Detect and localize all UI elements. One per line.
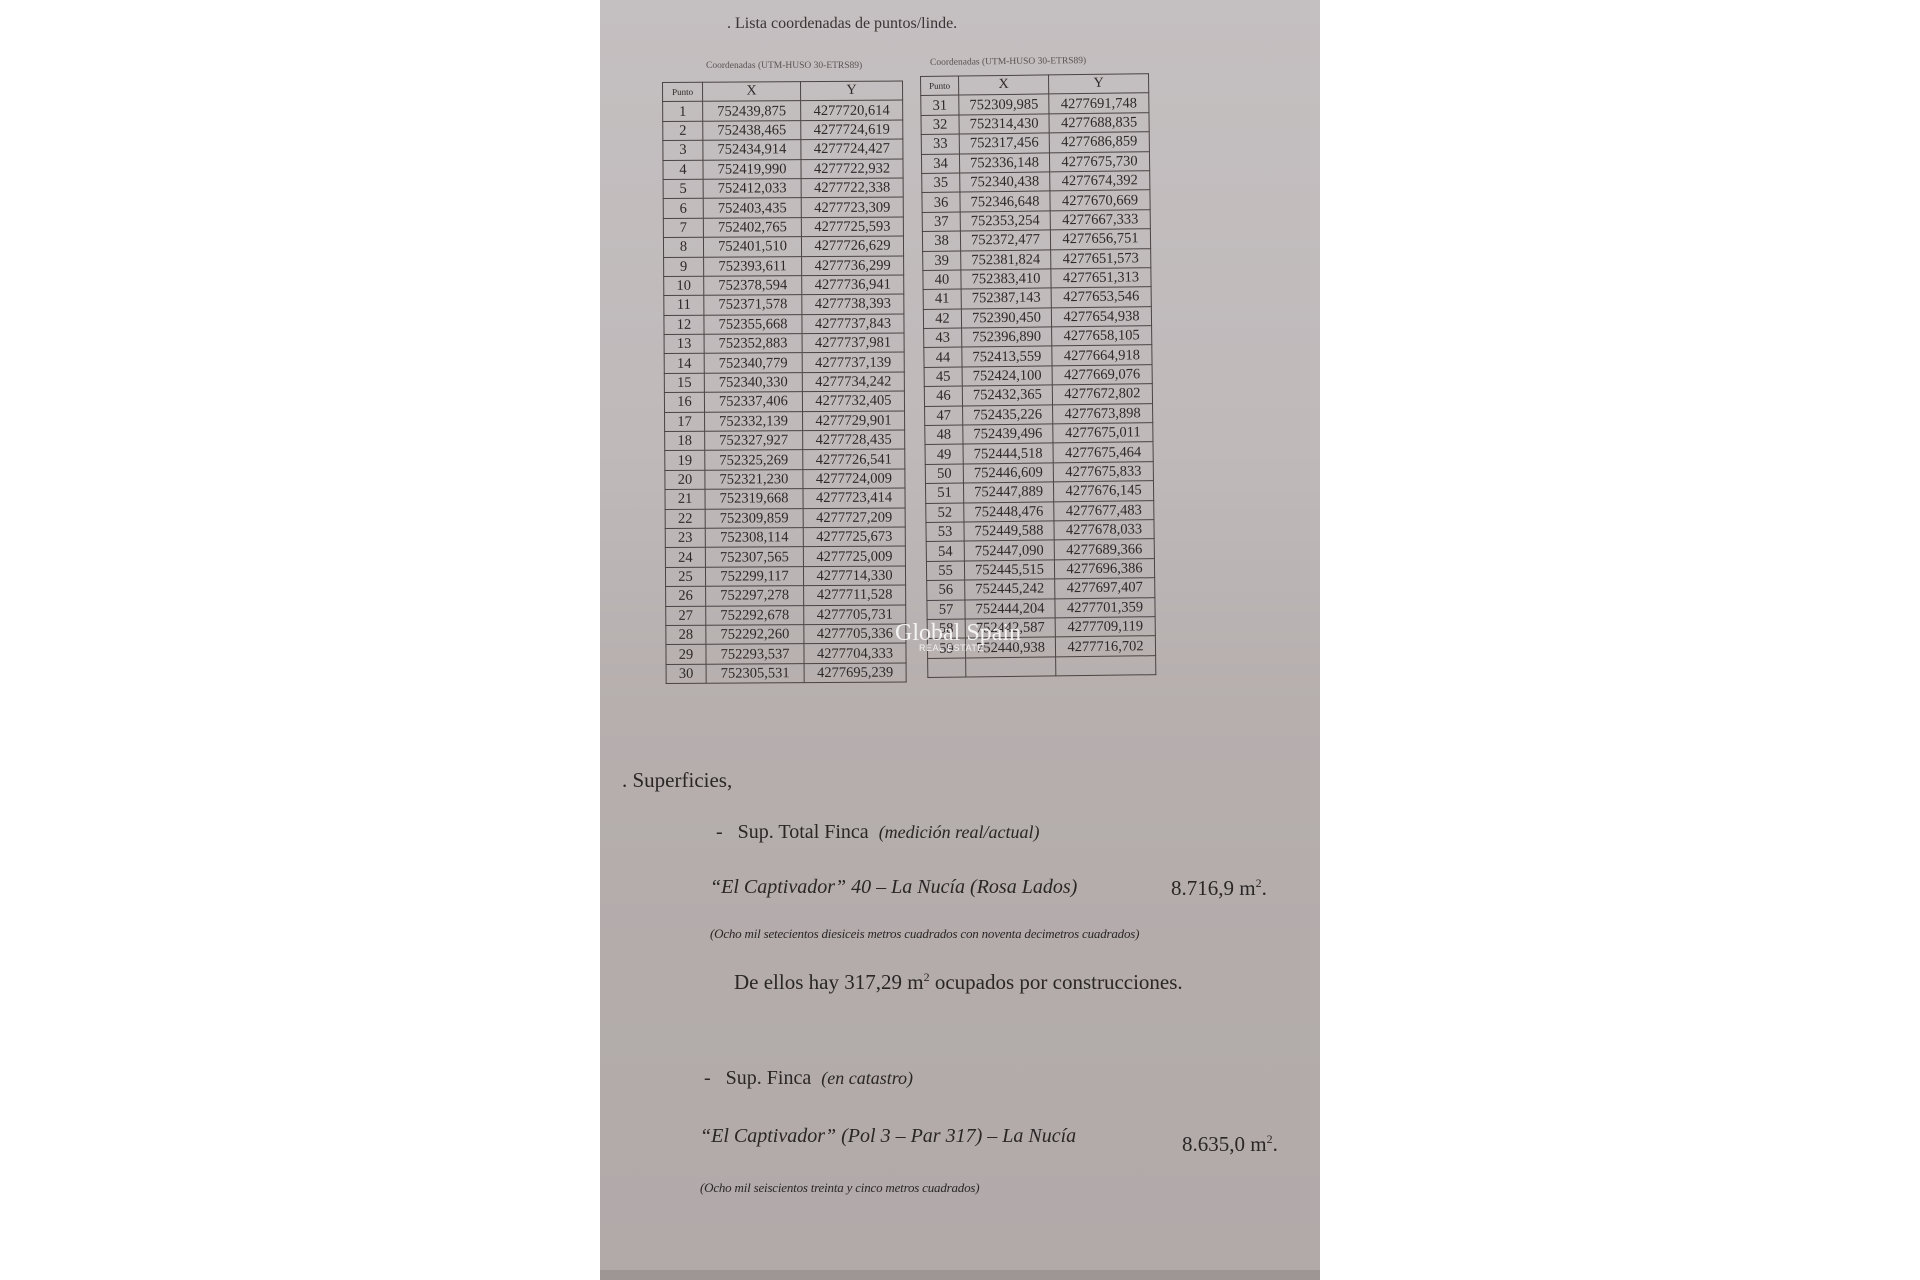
y-coordinate: 4277670,669	[1050, 190, 1150, 211]
point-number: 11	[664, 296, 704, 316]
x-coordinate: 752396,890	[962, 327, 1052, 347]
point-number: 38	[922, 231, 960, 251]
point-number: 33	[921, 134, 959, 154]
table-row: 24752307,5654277725,009	[665, 546, 905, 567]
y-coordinate: 4277653,546	[1051, 287, 1151, 308]
table-row: 35752340,4384277674,392	[922, 171, 1150, 193]
table-row: 50752446,6094277675,833	[925, 461, 1153, 483]
table-row: 10752378,5944277736,941	[664, 275, 904, 296]
table-row: 16752337,4064277732,405	[664, 391, 904, 412]
total-surface-label: Sup. Total Finca	[738, 821, 869, 843]
point-number: 17	[665, 412, 705, 432]
total-surface-heading: - Sup. Total Finca (medición real/actual…	[716, 821, 1039, 844]
table-row: 51752447,8894277676,145	[925, 481, 1153, 503]
point-number: 49	[925, 444, 963, 464]
point-number: 24	[665, 548, 705, 568]
table-header-row: PuntoXY	[663, 81, 903, 102]
x-coordinate: 752434,914	[703, 140, 801, 160]
table-row: 29752293,5374277704,333	[666, 643, 906, 664]
table-row: 48752439,4964277675,011	[925, 423, 1153, 445]
y-coordinate: 4277722,932	[801, 159, 903, 179]
table-row: 49752444,5184277675,464	[925, 442, 1153, 464]
x-coordinate: 752390,450	[961, 308, 1051, 328]
point-number: 15	[664, 373, 704, 393]
table-row: 17752332,1394277729,901	[665, 411, 905, 432]
x-coordinate: 752381,824	[961, 249, 1051, 269]
coordinates-list-title: . Lista coordenadas de puntos/linde.	[727, 15, 957, 33]
cadastre-surface-qualifier: (en catastro)	[821, 1068, 913, 1088]
y-coordinate: 4277736,941	[802, 275, 904, 295]
point-number: 1	[663, 102, 703, 122]
x-coordinate: 752449,588	[964, 521, 1054, 541]
y-coordinate: 4277678,033	[1054, 520, 1154, 541]
column-header-y: Y	[801, 81, 903, 101]
x-coordinate: 752337,406	[704, 392, 802, 412]
point-number: 41	[923, 289, 961, 309]
point-number: 35	[922, 173, 960, 193]
table-row: 39752381,8244277651,573	[923, 248, 1151, 270]
column-header-x: X	[703, 82, 801, 102]
bullet: -	[704, 1067, 711, 1089]
table-row: 38752372,4774277656,751	[922, 229, 1150, 251]
point-number: 20	[665, 470, 705, 490]
x-coordinate: 752447,889	[963, 482, 1053, 502]
y-coordinate: 4277675,011	[1053, 423, 1153, 444]
table-row: 7752402,7654277725,593	[663, 217, 903, 238]
y-coordinate: 4277697,407	[1055, 578, 1155, 599]
area-number: 8.635,0 m	[1182, 1132, 1267, 1156]
y-coordinate: 4277728,435	[803, 430, 905, 450]
table-row: 1752439,8754277720,614	[663, 100, 903, 121]
x-coordinate: 752325,269	[705, 450, 803, 470]
x-coordinate: 752321,230	[705, 469, 803, 489]
y-coordinate: 4277738,393	[802, 294, 904, 314]
table-row	[928, 655, 1156, 677]
point-number: 31	[921, 95, 959, 115]
y-coordinate: 4277658,105	[1052, 326, 1152, 347]
y-coordinate: 4277723,414	[803, 488, 905, 508]
x-coordinate: 752393,611	[704, 256, 802, 276]
y-coordinate: 4277695,239	[804, 663, 906, 683]
area-number: 8.716,9 m	[1171, 876, 1256, 900]
y-coordinate: 4277726,541	[803, 449, 905, 469]
y-coordinate: 4277673,898	[1053, 403, 1153, 424]
y-coordinate: 4277691,748	[1049, 93, 1149, 114]
table-row: 23752308,1144277725,673	[665, 527, 905, 548]
point-number: 19	[665, 451, 705, 471]
y-coordinate: 4277732,405	[802, 391, 904, 411]
point-number: 37	[922, 212, 960, 232]
point-number: 12	[664, 315, 704, 335]
x-coordinate: 752332,139	[705, 411, 803, 431]
x-coordinate: 752292,678	[706, 605, 804, 625]
point-number: 52	[926, 503, 964, 523]
table-row: 56752445,2424277697,407	[927, 578, 1155, 600]
construction-post: ocupados por construcciones.	[930, 970, 1183, 994]
point-number: 4	[663, 160, 703, 180]
page-edge	[600, 1270, 1320, 1280]
point-number: 14	[664, 354, 704, 374]
table-row: 32752314,4304277688,835	[921, 112, 1149, 134]
x-coordinate: 752293,537	[706, 644, 804, 664]
x-coordinate: 752445,242	[965, 579, 1055, 599]
table-row: 52752448,4764277677,483	[926, 500, 1154, 522]
table-row: 18752327,9274277728,435	[665, 430, 905, 451]
table-row: 21752319,6684277723,414	[665, 488, 905, 509]
table-row: 45752424,1004277669,076	[924, 365, 1152, 387]
y-coordinate: 4277656,751	[1050, 229, 1150, 250]
table-row: 8752401,5104277726,629	[663, 236, 903, 257]
total-area-value: 8.716,9 m2.	[1171, 876, 1267, 901]
point-number: 56	[927, 580, 965, 600]
table-row: 3752434,9144277724,427	[663, 139, 903, 160]
x-coordinate: 752309,859	[705, 508, 803, 528]
y-coordinate: 4277651,573	[1051, 248, 1151, 269]
y-coordinate: 4277711,528	[804, 585, 906, 605]
point-number: 7	[663, 218, 703, 238]
table-row: 54752447,0904277689,366	[926, 539, 1154, 561]
y-coordinate: 4277675,464	[1053, 442, 1153, 463]
y-coordinate: 4277737,981	[802, 333, 904, 353]
point-number: 5	[663, 179, 703, 199]
x-coordinate: 752439,496	[963, 424, 1053, 444]
point-number: 43	[924, 328, 962, 348]
table-row: 30752305,5314277695,239	[666, 663, 906, 684]
total-surface-qualifier: (medición real/actual)	[879, 822, 1040, 842]
point-number: 9	[664, 257, 704, 277]
y-coordinate: 4277737,139	[802, 352, 904, 372]
table-row: 31752309,9854277691,748	[921, 93, 1149, 115]
x-coordinate: 752439,875	[703, 101, 801, 121]
x-coordinate: 752305,531	[706, 663, 804, 683]
point-number: 46	[924, 386, 962, 406]
total-property-name: “El Captivador” 40 – La Nucía (Rosa Lado…	[710, 876, 1077, 899]
point-number: 45	[924, 367, 962, 387]
y-coordinate: 4277720,614	[801, 100, 903, 120]
x-coordinate: 752299,117	[705, 566, 803, 586]
table-row: 13752352,8834277737,981	[664, 333, 904, 354]
point-number: 18	[665, 431, 705, 451]
right-table-caption: Coordenadas (UTM-HUSO 30-ETRS89)	[930, 56, 1086, 68]
point-number: 36	[922, 192, 960, 212]
y-coordinate: 4277651,313	[1051, 268, 1151, 289]
table-row: 46752432,3654277672,802	[924, 384, 1152, 406]
x-coordinate: 752413,559	[962, 346, 1052, 366]
table-row: 34752336,1484277675,730	[921, 151, 1149, 173]
cadastre-area-spelled: (Ocho mil seiscientos treinta y cinco me…	[700, 1180, 979, 1196]
x-coordinate: 752340,330	[704, 373, 802, 393]
y-coordinate: 4277726,629	[801, 236, 903, 256]
x-coordinate: 752419,990	[703, 159, 801, 179]
point-number: 27	[666, 606, 706, 626]
x-coordinate: 752432,365	[962, 385, 1052, 405]
table-row: 37752353,2544277667,333	[922, 209, 1150, 231]
x-coordinate: 752438,465	[703, 120, 801, 140]
table-row: 14752340,7794277737,139	[664, 352, 904, 373]
column-header-y: Y	[1048, 74, 1148, 95]
point-number: 26	[666, 586, 706, 606]
point-number: 6	[663, 199, 703, 219]
x-coordinate: 752383,410	[961, 269, 1051, 289]
table-row: 27752292,6784277705,731	[666, 605, 906, 626]
x-coordinate: 752314,430	[959, 114, 1049, 134]
table-row: 12752355,6684277737,843	[664, 314, 904, 335]
point-number: 13	[664, 334, 704, 354]
point-number: 16	[664, 392, 704, 412]
y-coordinate: 4277688,835	[1049, 112, 1149, 133]
y-coordinate: 4277675,730	[1049, 151, 1149, 172]
y-coordinate: 4277667,333	[1050, 209, 1150, 230]
y-coordinate: 4277729,901	[803, 411, 905, 431]
coordinates-table-right: PuntoXY 31752309,9854277691,74832752314,…	[920, 73, 1156, 678]
y-coordinate: 4277704,333	[804, 643, 906, 663]
x-coordinate: 752401,510	[703, 237, 801, 257]
y-coordinate: 4277725,593	[801, 217, 903, 237]
x-coordinate: 752435,226	[963, 405, 1053, 425]
point-number: 8	[663, 237, 703, 257]
y-coordinate: 4277669,076	[1052, 365, 1152, 386]
y-coordinate: 4277654,938	[1051, 306, 1151, 327]
table-row: 25752299,1174277714,330	[665, 566, 905, 587]
x-coordinate: 752340,438	[960, 172, 1050, 192]
y-coordinate: 4277686,859	[1049, 132, 1149, 153]
table-row: 40752383,4104277651,313	[923, 268, 1151, 290]
table-row: 22752309,8594277727,209	[665, 508, 905, 529]
bullet: -	[716, 821, 723, 843]
point-number: 21	[665, 489, 705, 509]
x-coordinate: 752445,515	[964, 560, 1054, 580]
x-coordinate: 752387,143	[961, 288, 1051, 308]
y-coordinate: 4277674,392	[1050, 171, 1150, 192]
table-row: 20752321,2304277724,009	[665, 469, 905, 490]
y-coordinate: 4277696,386	[1054, 558, 1154, 579]
x-coordinate	[966, 657, 1056, 677]
table-row: 44752413,5594277664,918	[924, 345, 1152, 367]
point-number: 50	[925, 464, 963, 484]
point-number: 42	[923, 309, 961, 329]
column-header-x: X	[959, 75, 1049, 95]
total-area-spelled: (Ocho mil setecientos diesiceis metros c…	[710, 926, 1139, 942]
point-number: 25	[665, 567, 705, 587]
table-row: 11752371,5784277738,393	[664, 294, 904, 315]
x-coordinate: 752447,090	[964, 540, 1054, 560]
x-coordinate: 752403,435	[703, 198, 801, 218]
y-coordinate: 4277724,427	[801, 139, 903, 159]
y-coordinate: 4277736,299	[802, 256, 904, 276]
x-coordinate: 752446,609	[963, 463, 1053, 483]
y-coordinate: 4277722,338	[801, 178, 903, 198]
construction-area-text: De ellos hay 317,29 m2 ocupados por cons…	[734, 970, 1183, 995]
construction-pre: De ellos hay 317,29 m	[734, 970, 924, 994]
x-coordinate: 752340,779	[704, 353, 802, 373]
point-number: 23	[665, 528, 705, 548]
y-coordinate: 4277664,918	[1052, 345, 1152, 366]
x-coordinate: 752292,260	[706, 625, 804, 645]
point-number: 10	[664, 276, 704, 296]
y-coordinate: 4277725,673	[803, 527, 905, 547]
x-coordinate: 752372,477	[960, 230, 1050, 250]
table-row: 41752387,1434277653,546	[923, 287, 1151, 309]
table-row: 33752317,4564277686,859	[921, 132, 1149, 154]
table-row: 36752346,6484277670,669	[922, 190, 1150, 212]
y-coordinate: 4277714,330	[803, 566, 905, 586]
table-row: 9752393,6114277736,299	[664, 256, 904, 277]
column-header-punto: Punto	[921, 76, 959, 96]
point-number: 39	[923, 251, 961, 271]
table-row: 26752297,2784277711,528	[666, 585, 906, 606]
x-coordinate: 752317,456	[959, 133, 1049, 153]
x-coordinate: 752307,565	[705, 547, 803, 567]
point-number: 34	[921, 154, 959, 174]
x-coordinate: 752319,668	[705, 489, 803, 509]
point-number: 51	[925, 483, 963, 503]
point-number: 30	[666, 664, 706, 684]
y-coordinate: 4277724,009	[803, 469, 905, 489]
cadastre-property-name: “El Captivador” (Pol 3 – Par 317) – La N…	[700, 1125, 1076, 1148]
coordinates-table-left: PuntoXY 1752439,8754277720,6142752438,46…	[662, 81, 907, 685]
table-row: 53752449,5884277678,033	[926, 520, 1154, 542]
y-coordinate: 4277675,833	[1053, 461, 1153, 482]
y-coordinate: 4277705,731	[804, 605, 906, 625]
point-number: 53	[926, 522, 964, 542]
y-coordinate: 4277677,483	[1054, 500, 1154, 521]
y-coordinate: 4277676,145	[1053, 481, 1153, 502]
y-coordinate: 4277737,843	[802, 314, 904, 334]
point-number	[928, 658, 966, 678]
point-number: 2	[663, 121, 703, 141]
point-number: 54	[926, 541, 964, 561]
point-number: 57	[927, 600, 965, 620]
point-number: 28	[666, 625, 706, 645]
x-coordinate: 752353,254	[960, 211, 1050, 231]
x-coordinate: 752327,927	[705, 431, 803, 451]
table-row: 47752435,2264277673,898	[925, 403, 1153, 425]
y-coordinate: 4277705,336	[804, 624, 906, 644]
table-row: 6752403,4354277723,309	[663, 197, 903, 218]
area-period: .	[1273, 1132, 1278, 1156]
x-coordinate: 752336,148	[959, 152, 1049, 172]
watermark-logo: Global Spain REAL ESTATE	[895, 620, 1021, 653]
point-number: 44	[924, 347, 962, 367]
column-header-punto: Punto	[663, 82, 703, 102]
cadastre-area-value: 8.635,0 m2.	[1182, 1132, 1278, 1157]
x-coordinate: 752402,765	[703, 217, 801, 237]
y-coordinate: 4277709,119	[1055, 617, 1155, 638]
point-number: 40	[923, 270, 961, 290]
x-coordinate: 752448,476	[964, 501, 1054, 521]
table-row: 57752444,2044277701,359	[927, 597, 1155, 619]
point-number: 32	[921, 115, 959, 135]
x-coordinate: 752355,668	[704, 314, 802, 334]
cadastre-surface-label: Sup. Finca	[726, 1067, 812, 1089]
y-coordinate: 4277724,619	[801, 120, 903, 140]
x-coordinate: 752412,033	[703, 179, 801, 199]
y-coordinate: 4277689,366	[1054, 539, 1154, 560]
point-number: 48	[925, 425, 963, 445]
table-row: 42752390,4504277654,938	[923, 306, 1151, 328]
table-row: 2752438,4654277724,619	[663, 120, 903, 141]
y-coordinate: 4277734,242	[802, 372, 904, 392]
table-row: 4752419,9904277722,932	[663, 159, 903, 180]
x-coordinate: 752297,278	[706, 586, 804, 606]
x-coordinate: 752346,648	[960, 191, 1050, 211]
x-coordinate: 752309,985	[959, 94, 1049, 114]
table-row: 15752340,3304277734,242	[664, 372, 904, 393]
x-coordinate: 752444,518	[963, 443, 1053, 463]
x-coordinate: 752371,578	[704, 295, 802, 315]
cadastre-surface-heading: - Sup. Finca (en catastro)	[704, 1067, 913, 1090]
point-number: 3	[663, 140, 703, 160]
surfaces-heading: . Superficies,	[622, 768, 732, 793]
table-row: 5752412,0334277722,338	[663, 178, 903, 199]
x-coordinate: 752424,100	[962, 366, 1052, 386]
y-coordinate: 4277723,309	[801, 197, 903, 217]
left-table-caption: Coordenadas (UTM-HUSO 30-ETRS89)	[706, 61, 862, 71]
point-number: 29	[666, 645, 706, 665]
point-number: 55	[926, 561, 964, 581]
x-coordinate: 752352,883	[704, 334, 802, 354]
table-row: 19752325,2694277726,541	[665, 449, 905, 470]
x-coordinate: 752308,114	[705, 528, 803, 548]
y-coordinate: 4277701,359	[1055, 597, 1155, 618]
x-coordinate: 752444,204	[965, 598, 1055, 618]
y-coordinate: 4277672,802	[1052, 384, 1152, 405]
point-number: 22	[665, 509, 705, 529]
point-number: 47	[925, 406, 963, 426]
y-coordinate	[1056, 655, 1156, 676]
table-row: 43752396,8904277658,105	[924, 326, 1152, 348]
y-coordinate: 4277716,702	[1055, 636, 1155, 657]
y-coordinate: 4277725,009	[803, 546, 905, 566]
table-row: 55752445,5154277696,386	[926, 558, 1154, 580]
y-coordinate: 4277727,209	[803, 508, 905, 528]
x-coordinate: 752378,594	[704, 276, 802, 296]
area-period: .	[1262, 876, 1267, 900]
table-row: 28752292,2604277705,336	[666, 624, 906, 645]
